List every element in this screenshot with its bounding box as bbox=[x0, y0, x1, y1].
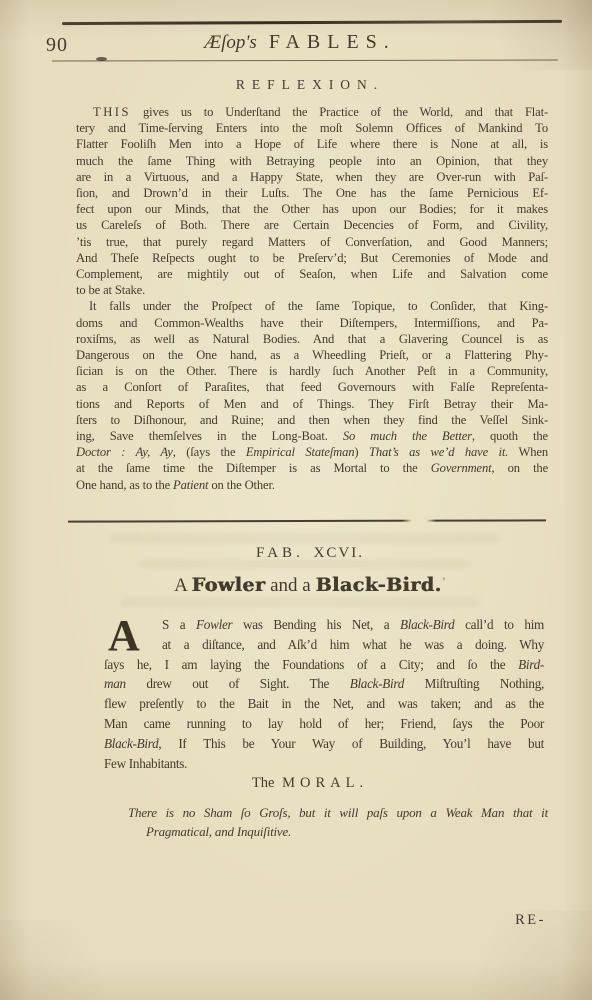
text-line: at the ſame time the Diſtemper is as Mor… bbox=[76, 460, 548, 476]
moral-word: MORAL. bbox=[282, 775, 368, 791]
running-title-author: Æſop's bbox=[204, 32, 257, 53]
text-line: Pragmatical, and Inquiſitive. bbox=[128, 822, 548, 841]
text-line: as a Conſort of Paraſites, that feed Gov… bbox=[76, 379, 548, 395]
fable-title-fowler: Fowler bbox=[192, 574, 266, 596]
text-line: ſician is on the Other. There is hardly … bbox=[76, 363, 548, 379]
paragraph-lines: tery and Time-ſerving Enters into the mo… bbox=[76, 120, 548, 298]
text-line: are in a Virtuous, and a Happy State, wh… bbox=[76, 169, 548, 185]
paragraph-first-line: THIS gives us to Underſtand the Practice… bbox=[76, 104, 548, 120]
reflexion-heading: REFLEXION. bbox=[80, 77, 540, 93]
reflexion-text: THIS gives us to Underſtand the Practice… bbox=[76, 104, 548, 493]
moral-text: There is no Sham ſo Groſs, but it will p… bbox=[128, 803, 548, 841]
lead-word: THIS bbox=[93, 105, 131, 119]
text-line: Complement, are mightily out of Seaſon, … bbox=[76, 266, 548, 282]
book-page: 90 Æſop's FABLES. REFLEXION. THIS gives … bbox=[0, 0, 592, 1000]
text-line: Doctor : Ay, Ay, (ſays the Empirical Sta… bbox=[76, 444, 548, 460]
text-line: to be at Stake. bbox=[76, 282, 548, 298]
text-line: Black-Bird, If This be Your Way of Build… bbox=[104, 734, 544, 754]
show-through-smudge bbox=[120, 598, 480, 606]
text-line: There is no Sham ſo Groſs, but it will p… bbox=[128, 803, 548, 822]
fab-label: FAB. bbox=[256, 545, 304, 561]
fab-roman-numeral: XCVI. bbox=[314, 545, 364, 561]
head-rule bbox=[62, 20, 562, 25]
text-line: ſion, and Drown’d in their Luſts. The On… bbox=[76, 185, 548, 201]
fable-title-blackbird: Black-Bird. bbox=[315, 574, 441, 596]
section-divider-rule bbox=[68, 519, 546, 522]
text-line: ſters to Diſhonour, and Ruine; and then … bbox=[76, 412, 548, 428]
text-line: roxiſms, as well as Natural Bodies. And … bbox=[76, 331, 548, 347]
header-rule bbox=[52, 59, 558, 61]
page-number: 90 bbox=[46, 34, 68, 57]
running-title: Æſop's FABLES. bbox=[80, 31, 520, 54]
fable-title-prefix: A bbox=[174, 575, 187, 596]
text-line: much the ſame Thing with Betraying peopl… bbox=[76, 153, 548, 169]
reflexion-paragraph-1: THIS gives us to Underſtand the Practice… bbox=[76, 104, 548, 298]
catchword: RE- bbox=[515, 912, 546, 929]
text-line: ſays he, I am laying the Foundations of … bbox=[104, 655, 544, 675]
text-line: tery and Time-ſerving Enters into the mo… bbox=[76, 120, 548, 136]
moral-lines: There is no Sham ſo Groſs, but it will p… bbox=[128, 803, 548, 841]
moral-the: The bbox=[252, 775, 275, 791]
text-line: us Careleſs of Both. There are Certain D… bbox=[76, 217, 548, 233]
moral-heading: The MORAL. bbox=[80, 775, 540, 792]
fable-lines: S a Fowler was Bending his Net, a Black-… bbox=[104, 615, 544, 773]
text-line: ing, Save themſelves in the Long-Boat. S… bbox=[76, 428, 548, 444]
text-line: Flatter Fooliſh Men into a Hope of Life … bbox=[76, 136, 548, 152]
paragraph-lines: It falls under the Proſpect of the ſame … bbox=[76, 298, 548, 492]
text-line: ’tis true, that purely regard Matters of… bbox=[76, 234, 548, 250]
text-line: S a Fowler was Bending his Net, a Black-… bbox=[104, 615, 544, 635]
reflexion-paragraph-2: It falls under the Proſpect of the ſame … bbox=[76, 298, 548, 492]
text-line: Man came running to lay hold of her; Fri… bbox=[104, 714, 544, 734]
text-line: One hand, as to the Patient on the Other… bbox=[76, 477, 548, 493]
fable-title: A Fowler and a Black-Bird.’ bbox=[80, 574, 540, 597]
text-line: fect upon our Minds, that the Other has … bbox=[76, 201, 548, 217]
text-line: at a diſtance, and Aſk’d him what he was… bbox=[104, 635, 544, 655]
text-line: And Theſe Reſpects ought to be Preſerv’d… bbox=[76, 250, 548, 266]
show-through-smudge bbox=[110, 534, 500, 543]
first-line-rest: gives us to Underſtand the Practice of t… bbox=[131, 105, 548, 119]
corner-shade bbox=[0, 920, 120, 1000]
running-title-fables: FABLES. bbox=[269, 31, 396, 53]
ink-blot bbox=[96, 57, 107, 61]
fable-number-heading: FAB. XCVI. bbox=[80, 545, 540, 562]
text-line: flew preſently to the Bait in the Net, a… bbox=[104, 694, 544, 714]
text-line: man drew out of Sight. The Black-Bird Mi… bbox=[104, 674, 544, 694]
fable-text: S a Fowler was Bending his Net, a Black-… bbox=[104, 615, 544, 773]
text-line: tions and Reports of Men and of Things. … bbox=[76, 396, 548, 412]
stray-ink-mark: ’ bbox=[442, 574, 446, 589]
text-line: doms and Common-Wealths have their Diſte… bbox=[76, 315, 548, 331]
text-line: It falls under the Proſpect of the ſame … bbox=[76, 298, 548, 314]
text-line: Few Inhabitants. bbox=[104, 754, 544, 774]
fable-title-mid: and a bbox=[270, 575, 311, 596]
text-line: Dangerous on the One hand, as a Wheedlin… bbox=[76, 347, 548, 363]
